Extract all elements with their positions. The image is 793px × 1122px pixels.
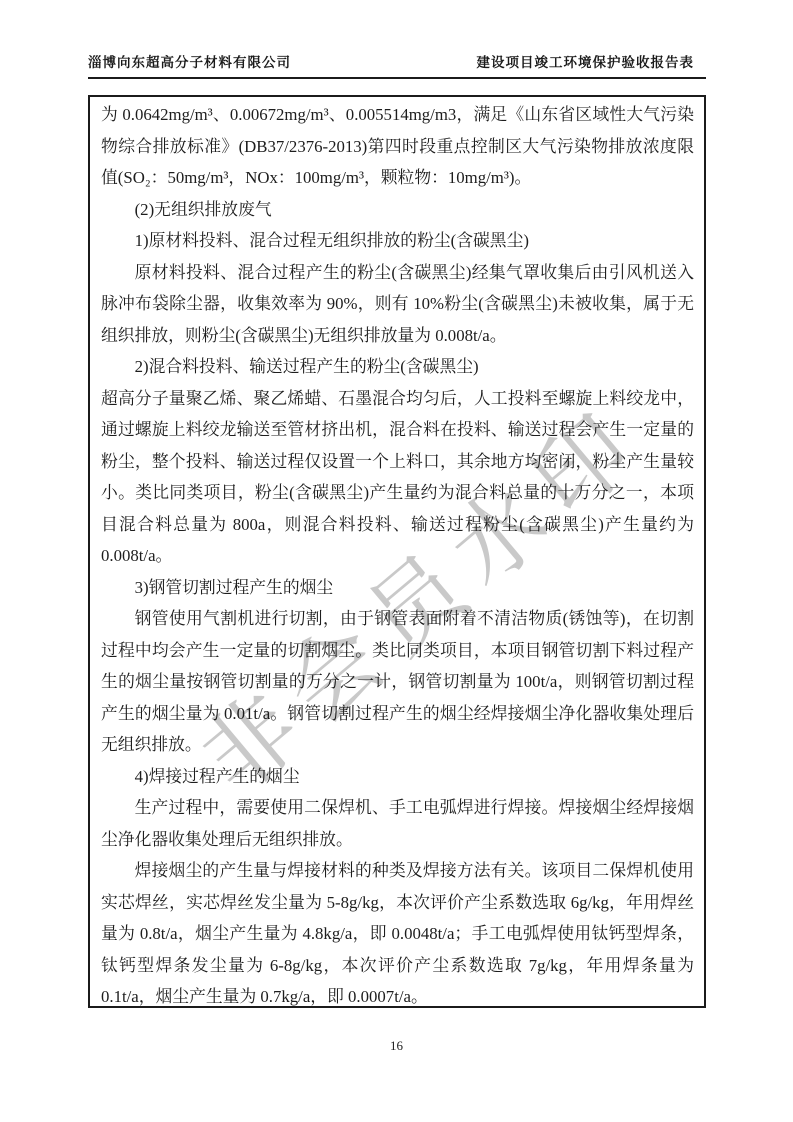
- paragraph-welding-fume-treatment: 生产过程中，需要使用二保焊机、手工电弧焊进行焊接。焊接烟尘经焊接烟尘净化器收集处…: [101, 792, 694, 855]
- paragraph-heading-raw-material-dust: 1)原材料投料、混合过程无组织排放的粉尘(含碳黑尘): [101, 225, 694, 257]
- paragraph-heading-welding-fume: 4)焊接过程产生的烟尘: [101, 761, 694, 793]
- header-company-name: 淄博向东超高分子材料有限公司: [88, 51, 291, 71]
- report-content-cell: 为 0.0642mg/m³、0.00672mg/m³、0.005514mg/m3…: [88, 95, 706, 1008]
- header-divider: [88, 77, 706, 79]
- paragraph-raw-material-dust-detail: 原材料投料、混合过程产生的粉尘(含碳黑尘)经集气罩收集后由引风机送入脉冲布袋除尘…: [101, 257, 694, 352]
- document-page: 淄博向东超高分子材料有限公司 建设项目竣工环境保护验收报告表 非会员水印 为 0…: [0, 0, 793, 1122]
- paragraph-emission-limits: 为 0.0642mg/m³、0.00672mg/m³、0.005514mg/m3…: [101, 99, 694, 194]
- paragraph-pipe-cutting-fume-detail: 钢管使用气割机进行切割，由于钢管表面附着不清洁物质(锈蚀等)，在切割过程中均会产…: [101, 603, 694, 761]
- paragraph-welding-fume-calculation: 焊接烟尘的产生量与焊接材料的种类及焊接方法有关。该项目二保焊机使用实芯焊丝，实芯…: [101, 855, 694, 1008]
- header-report-title: 建设项目竣工环境保护验收报告表: [477, 51, 695, 71]
- page-header: 淄博向东超高分子材料有限公司 建设项目竣工环境保护验收报告表: [88, 51, 694, 71]
- paragraph-heading-unorganized-exhaust: (2)无组织排放废气: [101, 194, 694, 226]
- paragraph-heading-pipe-cutting-fume: 3)钢管切割过程产生的烟尘: [101, 572, 694, 604]
- paragraph-mixing-transport-dust-detail: 超高分子量聚乙烯、聚乙烯蜡、石墨混合均匀后，人工投料至螺旋上料绞龙中，通过螺旋上…: [101, 383, 694, 572]
- paragraph-heading-mixing-transport-dust: 2)混合料投料、输送过程产生的粉尘(含碳黑尘): [101, 351, 694, 383]
- page-number: 16: [0, 1038, 793, 1054]
